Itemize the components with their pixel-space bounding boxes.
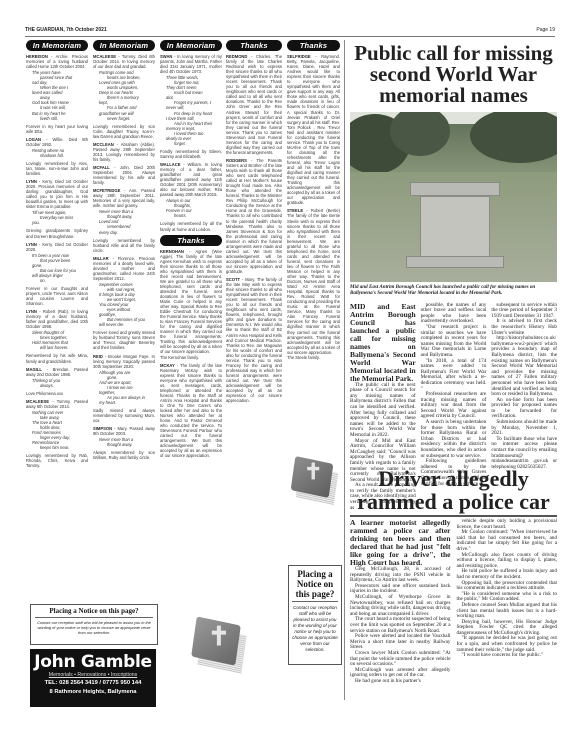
notice-verse: The years havepassed since thatsad day,W…	[32, 70, 88, 120]
notice-body: - William. In loving memory of a dear fa…	[160, 162, 222, 197]
notice-entry: LYNN - Kerry. Died 1st October 2020. Pre…	[26, 179, 88, 239]
notice-text: LYNN - Robert (Rab). In loving memory of…	[26, 309, 88, 329]
notice-text: WALLACE - William. In loving memory of a…	[160, 162, 222, 197]
advert-address: 8 Rathmore Heights, Ballymena	[33, 688, 153, 697]
article-paragraph: Greg McCullough, 28, is accused of repea…	[350, 567, 451, 584]
advert-services: Memorials • Renovations • Inscriptions	[33, 671, 153, 679]
notice-signoff: Forever in my heart your loving wife Ett…	[26, 124, 88, 134]
section-banner: In Memoriam	[26, 40, 88, 51]
notice-signoff: Lovingly remembered by Alex, Ian, Marie,…	[26, 161, 88, 176]
notice-text: SCOTT - Mary. The family of the late May…	[226, 277, 282, 403]
notice-verse: Till we meet again,Everyday we missyou.	[32, 210, 88, 225]
notice-entry: MCCLEAN - Abraham (Abbie). Passed away 2…	[93, 142, 155, 162]
notice-signoff: Lovingly remembered by Rab, Rhonda, Chri…	[26, 453, 88, 468]
verse-line: will last forever.	[32, 345, 88, 350]
article-column-2: vehicle despite only holding a provision…	[457, 519, 558, 684]
verse-line: forget.	[166, 141, 222, 146]
notice-verse: Never more than athought away.	[99, 437, 155, 447]
article-paragraph: McCullough also faces counts of driving …	[457, 553, 558, 570]
column-thanks-1: Thanks REDMOND - Charles. The family of …	[226, 40, 282, 406]
john-gamble-advert: John Gamble Memorials • Renovations • In…	[30, 649, 156, 707]
article-body: A learner motorist allegedly rammed a po…	[350, 519, 557, 684]
column-in-memoriam-1: In Memoriam HERBISON - Archie. Precious …	[26, 40, 88, 471]
verse-line: on.	[32, 278, 88, 283]
bible-icon-2: ✝	[290, 455, 340, 505]
page-number: Page 19	[536, 27, 555, 33]
verse-line: my heart.	[99, 400, 155, 405]
notice-entry: LYNN - Kerry. Died 1st October 2020.It's…	[26, 242, 88, 307]
notice-text: LOGAN - Willie. Died 8th October 1992.	[26, 137, 88, 147]
notice-text: REID - Brooke Morgan Faye. In loving mem…	[93, 354, 155, 369]
article-paragraph: Submissions should be made by Monday, No…	[491, 420, 557, 437]
notice-text: MCALEESE - Tommy. Passed away 6th Octobe…	[26, 399, 88, 409]
verse-line: thought away.	[99, 442, 155, 447]
verse-line: will never die.	[99, 322, 155, 327]
article-lead: A learner motorist allegedly rammed a po…	[350, 519, 451, 567]
notice-entry: MCFETRIDGE - Ann. Passed away 28th Septe…	[93, 188, 155, 253]
notice-verse: Silent thoughts oftimes together,Hold me…	[32, 330, 88, 350]
article-paragraph: Professional researchers are tracing mis…	[421, 392, 487, 420]
notice-entry: REID - Brooke Morgan Faye. In loving mem…	[93, 354, 155, 424]
article-paragraph: http://historyhubulster.co.uk/ ballymena…	[491, 336, 557, 398]
notice-signoff: Forever loved and greatly missed by husb…	[93, 330, 155, 350]
notice-title: Placing a Notice on this page?	[292, 569, 338, 602]
notice-body: - Robert (Bertie) The family of the late…	[287, 208, 340, 354]
notice-verse: Partings come andhearts are broken,Loved…	[99, 70, 155, 120]
article-paragraph: Crown lawyer Mark Conlon submitted: "At …	[350, 651, 451, 668]
verse-line: keeps him near.	[32, 445, 88, 450]
notice-verse: Although you aregone,And we are apart,I …	[99, 370, 155, 405]
notice-entry: MCFALL - John. Died 20th September 2004.…	[93, 165, 155, 185]
article-paragraph: The court heard a motorist suspected of …	[350, 617, 451, 634]
notice-entry: SCOTT - Mary. The family of the late May…	[226, 277, 282, 403]
notice-body: - Kerry. Died 1st October 2020. Precious…	[26, 179, 88, 209]
notice-body: - The family of the late Rosemary McKay …	[160, 363, 222, 459]
advert-name: John Gamble	[33, 653, 153, 671]
column-memoriam-thanks: In Memoriam SWAN - In loving memory of m…	[160, 40, 222, 461]
notice-entry: MILLAR - Florence. Precious memories of …	[93, 256, 155, 351]
article-paragraph: "It appears he decided he was just going…	[457, 636, 558, 653]
notice-entry: MAGILL - Brendan. Passed away 2nd Octobe…	[26, 367, 88, 396]
article-paragraph: McCullough, of Wynthorpe Grove in Newtow…	[350, 595, 451, 617]
photo-caption: Mid and East Antrim Borough Council has …	[350, 285, 557, 297]
notice-title: Placing a Notice on this page?	[35, 607, 153, 618]
notice-text: MCFETRIDGE - Ann. Passed away 28th Septe…	[93, 188, 155, 208]
notice-signoff: Lovingly remembered by husband Alfie and…	[93, 238, 155, 253]
notice-entry: SWAN - In loving memory of my parents, J…	[160, 54, 222, 159]
notice-signoff: Remembered by his wife Mina, family and …	[26, 353, 88, 363]
notice-verse: It's been a year nowthat you've beengone…	[32, 253, 88, 283]
notice-signoff: Sadly missed and always remembered by so…	[93, 408, 155, 423]
verse-line: every day.	[99, 230, 155, 235]
verse-line: hearts.	[166, 213, 222, 218]
article-paragraph: It is advised to first check the researc…	[491, 319, 557, 336]
notice-body: Contact our reception staff who will be …	[292, 605, 338, 653]
article-paragraph: Defence counsel Sean Mullan argued that …	[457, 603, 558, 620]
section-banner: Thanks	[226, 40, 282, 51]
notice-verse: Three little words,forget me not,They do…	[166, 75, 222, 146]
article-paragraph: subsequent to service within the time pe…	[491, 303, 557, 320]
article-paragraph: "Our research project is similar to sear…	[421, 325, 487, 359]
notice-entry: REDMOND - Charles. The family of the lat…	[226, 54, 282, 155]
notice-body: - The Parents Sisters and Brother of the…	[226, 158, 282, 274]
column-rule	[344, 40, 345, 700]
notice-text: SIMPSON - Mary. Passed away 9th October …	[93, 426, 155, 436]
notice-body: - Mary. The family of the late May wish …	[226, 277, 282, 403]
article-paragraph: "I would have concerns for the public."	[457, 653, 558, 659]
notice-entry: MCALEESE - Tommy. Died 6th October 2014.…	[93, 54, 155, 139]
article-lead: MID and East Antrim Borough Council has …	[350, 303, 416, 383]
notice-entry: KERNOHAN - Agnes (Wee Aggie). The family…	[160, 249, 222, 360]
notice-entry: SELFRIDGE - Raymond. Betty, Pamela, Jacq…	[287, 54, 340, 205]
article-paragraph: A search is being undertaken for those b…	[421, 420, 487, 459]
notice-text: RODGERS - The Parents Sisters and Brothe…	[226, 158, 282, 274]
placing-notice-box-large: Placing a Notice on this page? Contact o…	[288, 565, 342, 665]
article-paragraph: Police were alerted and located the Vaux…	[350, 634, 451, 651]
notice-verse: Always in ourthoughts,Forever in ourhear…	[166, 198, 222, 218]
notice-text: KERNOHAN - Agnes (Wee Aggie). The family…	[160, 249, 222, 355]
section-banner: In Memoriam	[160, 40, 222, 51]
article-column-1: A learner motorist allegedly rammed a po…	[350, 519, 451, 684]
notice-entry: MCALEESE - Tommy. Passed away 6th Octobe…	[26, 399, 88, 469]
notice-signoff: Forever in our thoughts and prayers, unc…	[26, 286, 88, 306]
column-in-memoriam-2: In Memoriam MCALEESE - Tommy. Died 6th O…	[93, 40, 155, 463]
notice-entry: MCKAY - The family of the late Rosemary …	[160, 363, 222, 459]
article-paragraph: Denying bail, however, His Honour Judge …	[457, 620, 558, 637]
notice-verse: September comeswith sad regret,It brings…	[99, 282, 155, 327]
notice-verse: Nothing can evertake away,The love a hea…	[32, 410, 88, 450]
notice-entry: RODGERS - The Parents Sisters and Brothe…	[226, 158, 282, 274]
notice-body: - Charles. The family of the late Charle…	[226, 54, 282, 155]
notice-entry: SIMPSON - Mary. Passed away 9th October …	[93, 426, 155, 460]
verse-line: always.	[32, 383, 88, 388]
verse-line: you.	[32, 220, 88, 225]
article-paragraph: The public call is the next phase of a C…	[350, 383, 416, 439]
article-paragraph: "In 2018, a total of 174 names were adde…	[421, 359, 487, 393]
publication-line: THE GUARDIAN, 7th October 2021	[25, 27, 107, 33]
notice-entry: LOGAN - Willie. Died 8th October 1992.Re…	[26, 137, 88, 176]
notice-entry: WALLACE - William. In loving memory of a…	[160, 162, 222, 232]
notice-text: SWAN - In loving memory of my parents, J…	[160, 54, 222, 74]
notice-entry: STEELE - Robert (Bertie) The family of t…	[287, 208, 340, 359]
memorial-photo	[350, 112, 557, 282]
column-thanks-2: Thanks SELFRIDGE - Raymond. Betty, Pamel…	[287, 40, 340, 363]
bible-icon: ✝	[190, 615, 250, 675]
notice-signature: The Kernohan family.	[160, 355, 222, 360]
notice-signature: The Steele family.	[287, 355, 340, 360]
notice-signoff: Fondly remembered by Eileen, Sammy and E…	[160, 149, 222, 159]
page-header: THE GUARDIAN, 7th October 2021 Page 19	[25, 27, 555, 37]
notice-verse: Thinking of youalways.	[32, 378, 88, 388]
notice-body: - Brooke Morgan Faye. In loving memory, …	[93, 354, 155, 369]
notice-text: MCKAY - The family of the late Rosemary …	[160, 363, 222, 459]
verse-line: liveth still.	[32, 116, 88, 121]
notice-body: Contact our reception staff who will be …	[35, 620, 153, 635]
verse-line: shadows fall.	[32, 153, 88, 158]
placing-notice-box-small: Placing a Notice on this page? Contact o…	[30, 604, 158, 645]
notice-verse: Never more than athought away,Loved andr…	[99, 209, 155, 234]
notice-signoff: Always remembered by son William, Ruby a…	[93, 450, 155, 460]
headline: Public call for missing second World War…	[350, 43, 557, 106]
notice-text: LYNN - Kerry. Died 1st October 2020. Pre…	[26, 179, 88, 209]
notice-signoff: Lovingly remembered by son Colin, daught…	[93, 124, 155, 139]
notice-text: LYNN - Kerry. Died 1st October 2020.	[26, 242, 88, 252]
notice-text: REDMOND - Charles. The family of the lat…	[226, 54, 282, 155]
section-banner-thanks: Thanks	[160, 235, 222, 246]
notice-text: MCFALL - John. Died 20th September 2004.…	[93, 165, 155, 185]
notice-text: MCCLEAN - Abraham (Abbie). Passed away 2…	[93, 142, 155, 162]
notice-signoff: Grieving grandparents Sydney and Doreen …	[26, 228, 88, 238]
notice-text: MAGILL - Brendan. Passed away 2nd Octobe…	[26, 367, 88, 377]
article-paragraph: Mr Conlon continued: "When interviewed h…	[457, 530, 558, 552]
notice-entry: LYNN - Robert (Rab). In loving memory of…	[26, 309, 88, 363]
notice-text: MILLAR - Florence. Precious memories of …	[93, 256, 155, 281]
headline: Driver allegedly rammed a police car	[350, 467, 557, 513]
section-banner: In Memoriam	[93, 40, 155, 51]
verse-line: never forget.	[99, 116, 155, 121]
notice-body: - Agnes (Wee Aggie). The family of the l…	[160, 249, 222, 355]
article-driver-rammed: Driver allegedly rammed a police car A l…	[350, 467, 557, 684]
notice-text: HERBISON - Archie. Precious memories of …	[26, 54, 88, 69]
article-paragraph: He told police he suffered a brain injur…	[457, 569, 558, 580]
section-banner: Thanks	[287, 40, 340, 51]
article-paragraph: possible, the names of any other brave a…	[421, 303, 487, 325]
notice-entry: HERBISON - Archie. Precious memories of …	[26, 54, 88, 134]
notice-signoff: Lovingly remembered by all the family at…	[160, 221, 222, 231]
advert-phone: TEL: 028 2564 3419 / 07775 950 144	[33, 679, 153, 688]
article-paragraph: He had gone out in his partner's	[350, 679, 451, 685]
notice-signoff: Love Philomena.xxx	[26, 391, 88, 396]
article-missing-names: Public call for missing second World War…	[350, 43, 557, 517]
notice-verse: Resting where noshadows fall.	[32, 148, 88, 158]
notice-text: MCALEESE - Tommy. Died 6th October 2014.…	[93, 54, 155, 69]
article-paragraph: An on-line form has been provided for pr…	[491, 398, 557, 420]
notice-body: - Raymond. Betty, Pamela, Jacqueline, Ka…	[287, 54, 340, 205]
